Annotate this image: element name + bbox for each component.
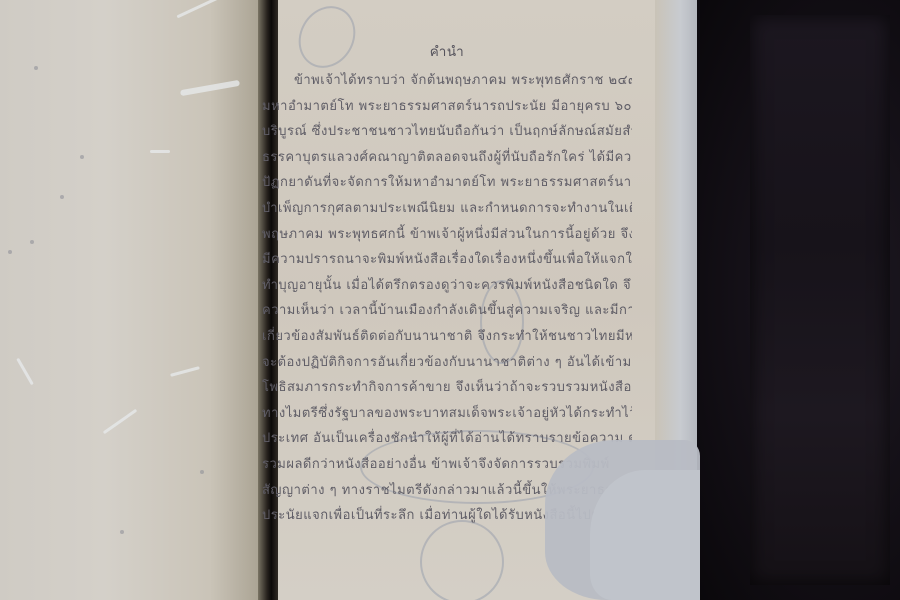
text-line: บริบูรณ์ ซึ่งประชาชนชาวไทยนับถือกันว่า เ… (262, 119, 632, 145)
text-line: เกี่ยวข้องสัมพันธ์ติดต่อกับนานาชาติ จึงก… (262, 324, 632, 350)
worm-track (420, 520, 504, 600)
water-stain (590, 470, 700, 600)
paper-spot (60, 195, 64, 199)
text-line: ข้าพเจ้าได้ทราบว่า จักต้นพฤษภาคม พระพุทธ… (262, 68, 632, 94)
text-line: มีความปรารถนาจะพิมพ์หนังสือเรื่องใดเรื่อ… (262, 247, 632, 273)
text-line: ทำบุญอายุนั้น เมื่อได้ตรึกตรองดูว่าจะควร… (262, 273, 632, 299)
paper-fleck (103, 409, 137, 434)
text-line: พฤษภาคม พระพุทธศกนี้ ข้าพเจ้าผู้หนึ่งมีส… (262, 222, 632, 248)
text-line: จะต้องปฏิบัติกิจการอันเกี่ยวข้องกับนานาช… (262, 350, 632, 376)
text-line: ปัฏกยาดันที่จะจัดการให้มหาอำมาตย์โท พระย… (262, 170, 632, 196)
paper-fleck (180, 80, 240, 96)
dark-background (700, 0, 900, 600)
paper-spot (34, 66, 38, 70)
paper-fleck (176, 0, 218, 18)
paper-spot (8, 250, 12, 254)
text-line: บำเพ็ญการกุศลตามประเพณีนิยม และกำหนดการจ… (262, 196, 632, 222)
text-line: มหาอำมาตย์โท พระยาธรรมศาสตร์นารถประนัย ม… (262, 94, 632, 120)
paper-spot (120, 530, 124, 534)
paper-fleck (170, 366, 200, 377)
text-line: ประเทศ อันเป็นเครื่องชักนำให้ผู้ที่ได้อ่… (262, 426, 632, 452)
page-title: คำนำ (262, 40, 632, 62)
paper-fleck (16, 358, 34, 385)
left-page (0, 0, 262, 600)
paper-spot (30, 240, 34, 244)
text-line: ความเห็นว่า เวลานี้บ้านเมืองกำลังเดินขึ้… (262, 298, 632, 324)
paper-fleck (150, 150, 170, 153)
book-photo: คำนำ ข้าพเจ้าได้ทราบว่า จักต้นพฤษภาคม พร… (0, 0, 900, 600)
book-cover-shadow (750, 15, 890, 585)
text-line: โพธิสมภารกระทำกิจการค้าขาย จึงเห็นว่าถ้า… (262, 375, 632, 401)
paper-spot (80, 155, 84, 159)
text-line: ธรรคาบุตรแลวงศ์คณาญาติตลอดจนถึงผู้ที่นับ… (262, 145, 632, 171)
paper-spot (200, 470, 204, 474)
text-line: ทางไมตรีซึ่งรัฐบาลของพระบาทสมเด็จพระเจ้า… (262, 401, 632, 427)
